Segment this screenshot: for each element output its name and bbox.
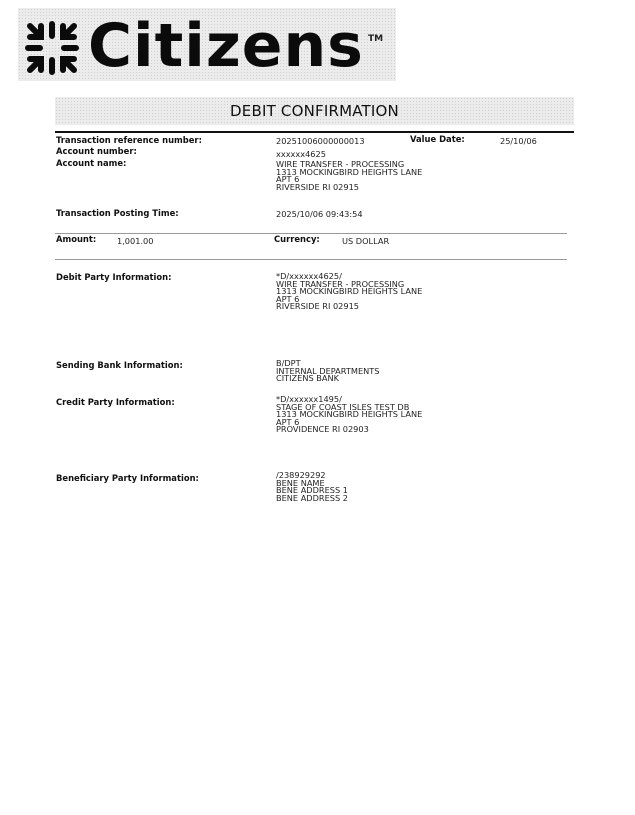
debit-party-value: *D/xxxxxx4625/ WIRE TRANSFER - PROCESSIN… <box>276 273 422 311</box>
account-number-label: Account number: <box>56 146 137 156</box>
beneficiary-party-label: Beneficiary Party Information: <box>56 473 199 483</box>
transaction-reference-value: 20251006000000013 <box>276 137 365 145</box>
currency-label: Currency: <box>274 234 320 244</box>
value-date-label: Value Date: <box>410 134 465 144</box>
posting-time-value: 2025/10/06 09:43:54 <box>276 210 363 218</box>
value-date-value: 25/10/06 <box>500 137 537 145</box>
citizens-logo: Citizens TM <box>18 8 396 81</box>
amount-label: Amount: <box>56 234 96 244</box>
currency-value: US DOLLAR <box>342 237 389 245</box>
credit-party-value: *D/xxxxxx1495/ STAGE OF COAST ISLES TEST… <box>276 396 422 434</box>
trademark-symbol: TM <box>368 34 383 44</box>
amount-value: 1,001.00 <box>117 237 153 245</box>
document-title-banner: DEBIT CONFIRMATION <box>55 97 574 125</box>
transaction-reference-label: Transaction reference number: <box>56 135 202 145</box>
account-name-label: Account name: <box>56 158 126 168</box>
beneficiary-party-value: /238929292 BENE NAME BENE ADDRESS 1 BENE… <box>276 472 348 502</box>
sending-bank-value: B/DPT INTERNAL DEPARTMENTS CITIZENS BANK <box>276 360 379 383</box>
credit-party-label: Credit Party Information: <box>56 397 175 407</box>
account-name-value: WIRE TRANSFER - PROCESSING 1313 MOCKINGB… <box>276 161 422 191</box>
header-divider <box>55 131 574 133</box>
document-title: DEBIT CONFIRMATION <box>230 102 399 120</box>
citizens-arrows-logo-icon <box>24 20 80 76</box>
account-number-value: xxxxxx4625 <box>276 150 326 158</box>
posting-time-label: Transaction Posting Time: <box>56 208 179 218</box>
brand-name: Citizens <box>88 10 364 82</box>
divider <box>55 259 567 260</box>
sending-bank-label: Sending Bank Information: <box>56 360 183 370</box>
debit-party-label: Debit Party Information: <box>56 272 171 282</box>
